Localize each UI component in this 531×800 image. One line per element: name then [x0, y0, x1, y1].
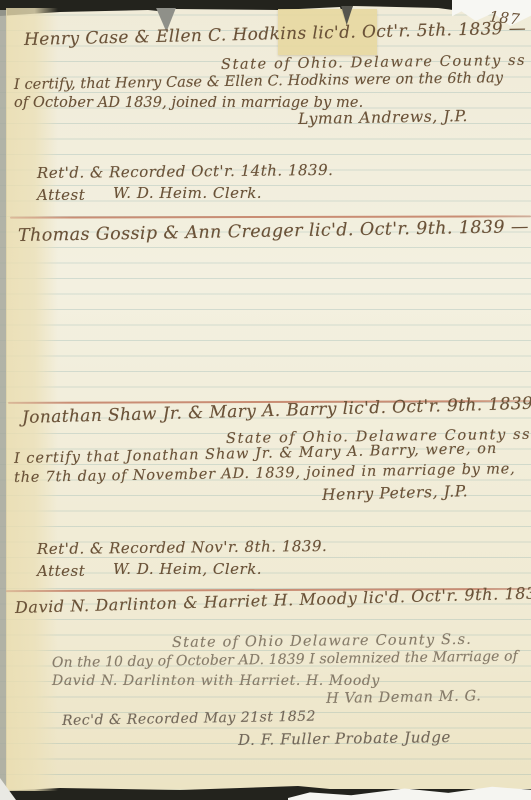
page-number: 187 — [488, 7, 521, 28]
ledger-page-scan: 187 Henry Case & Ellen C. Hodkins lic'd.… — [0, 0, 531, 800]
tape-patch — [278, 9, 377, 55]
page-left-aged-edge — [6, 8, 58, 791]
